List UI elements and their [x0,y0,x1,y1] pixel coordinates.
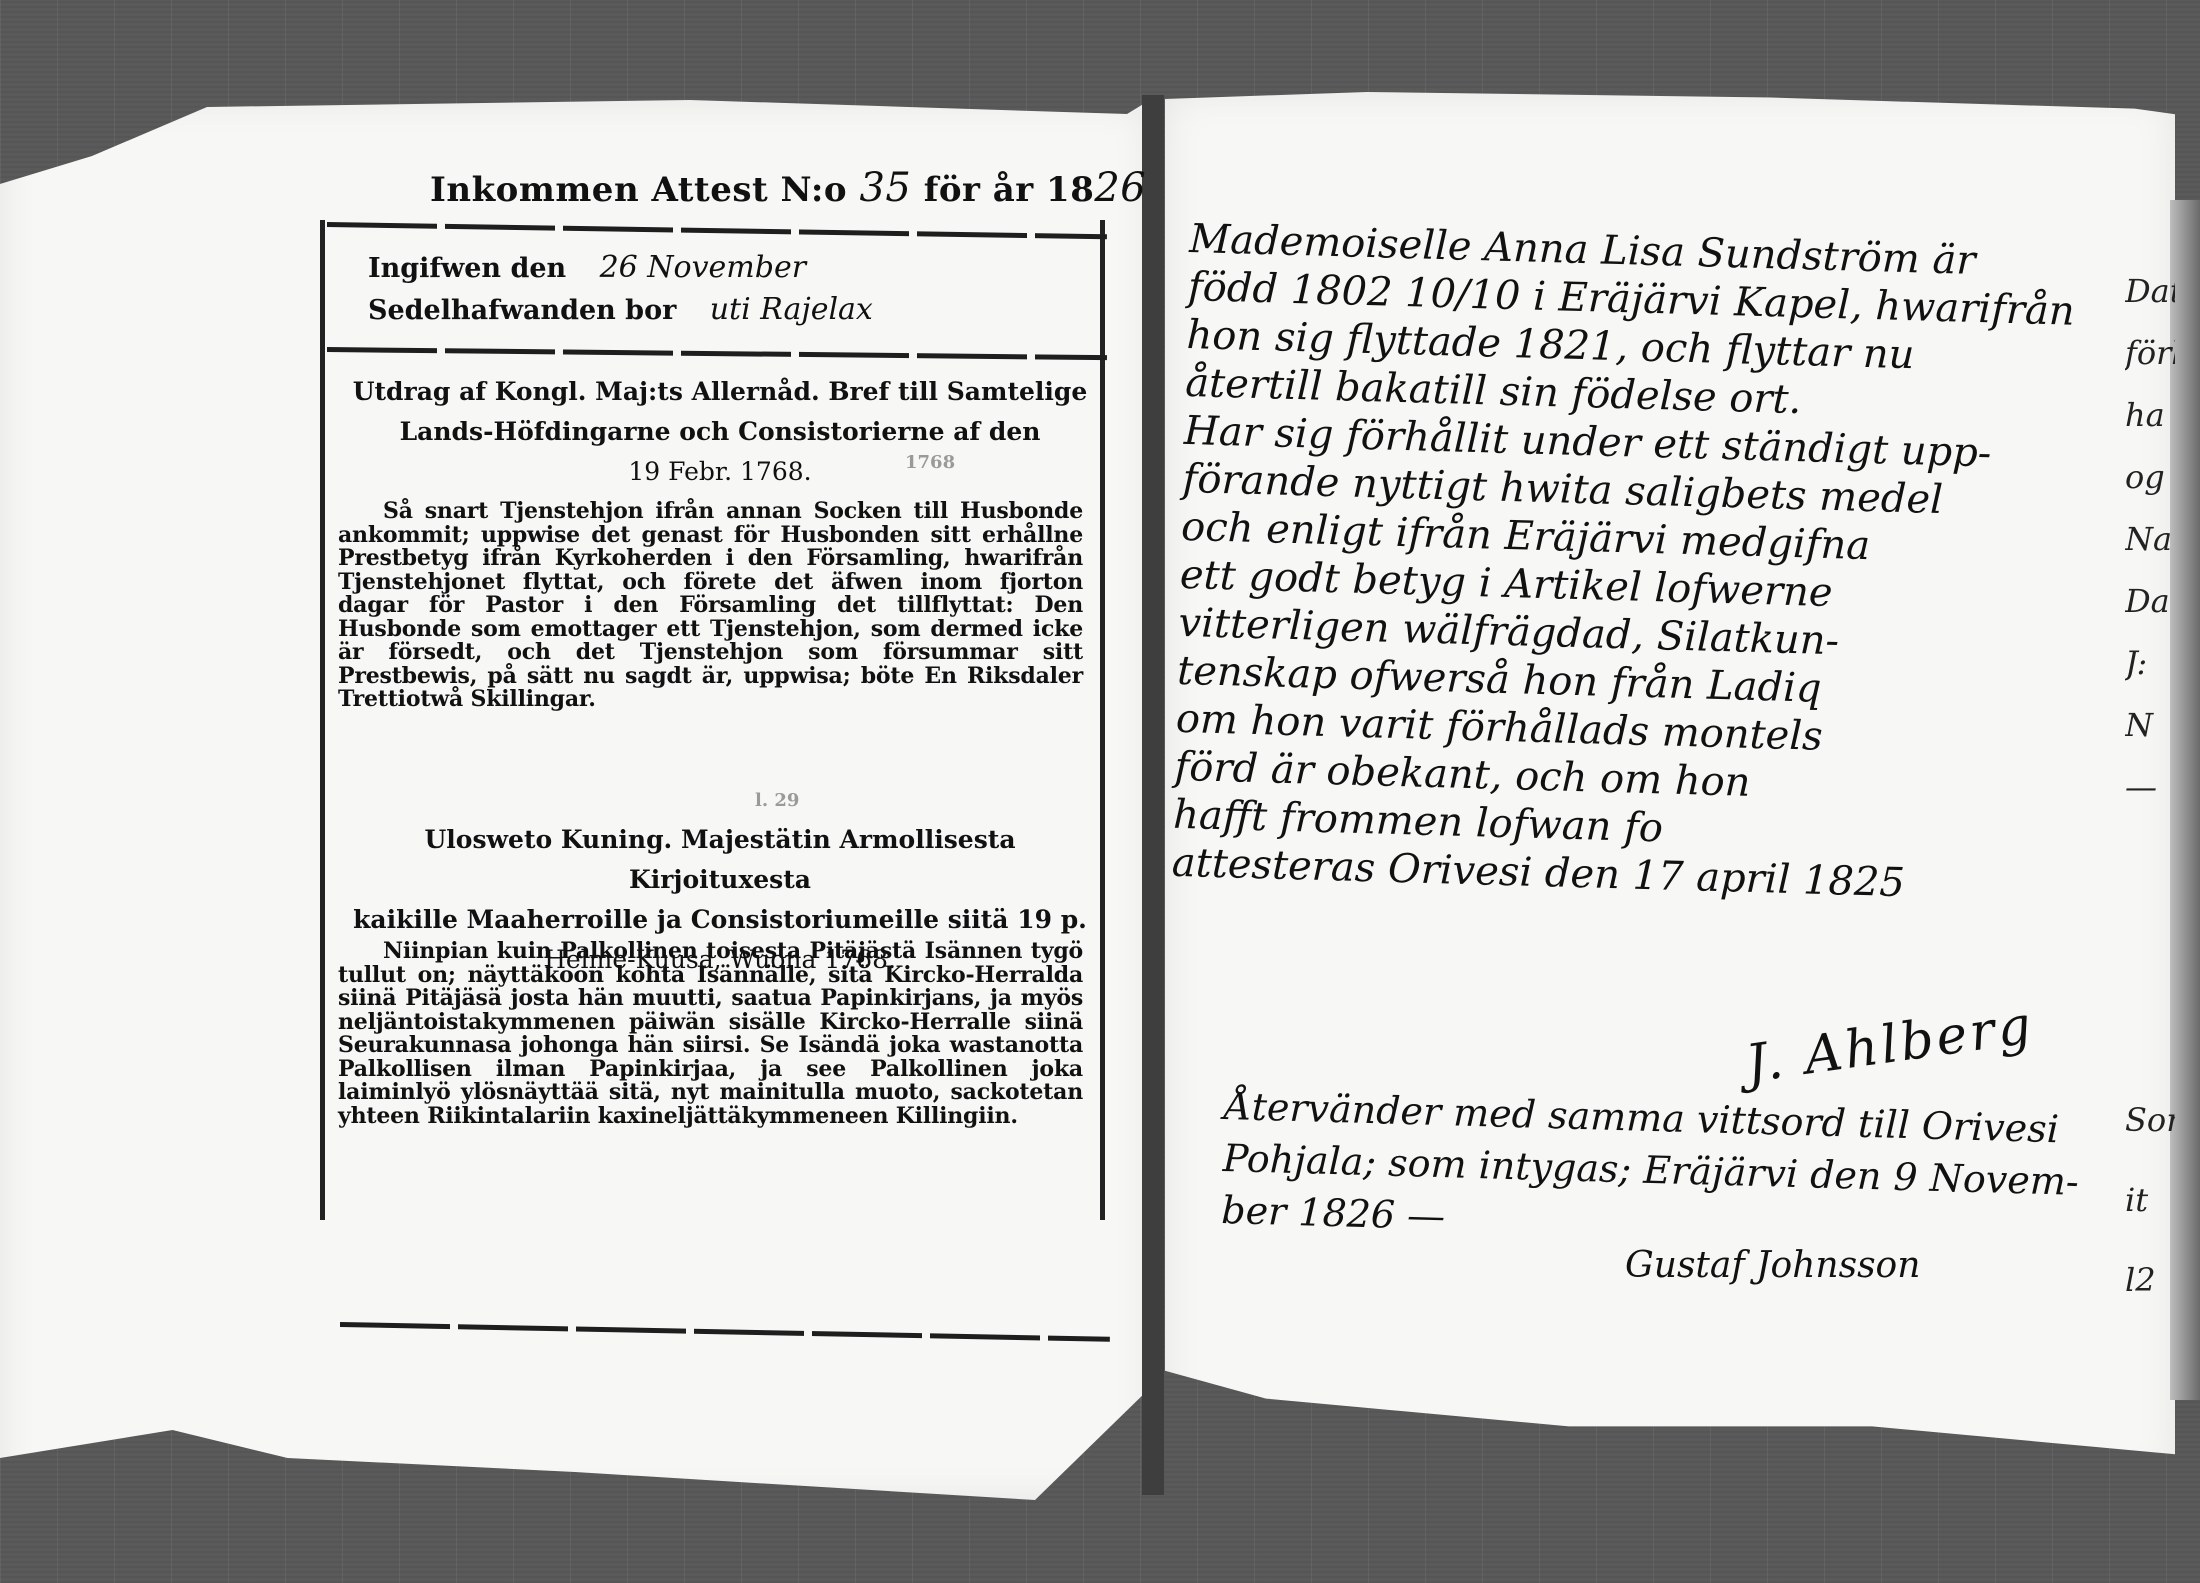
margin-note: l2 [2125,1240,2175,1320]
margin-note: Da [2125,570,2175,632]
certificate-year-suffix: 26 [1094,165,1146,211]
margin-note: Som [2125,1080,2175,1160]
heading-line: Utdrag af Kongl. Maj:ts Allernåd. Bref t… [330,372,1110,412]
heading-date: 19 Febr. 1768. [330,452,1110,492]
swedish-decree-body: Så snart Tjenstehjon ifrån annan Socken … [338,500,1083,712]
margin-note: Na [2125,508,2175,570]
margin-note: it [2125,1160,2175,1240]
heading-line: Ulosweto Kuning. Majestätin Armollisesta… [330,820,1110,900]
margin-note: J: N [2125,632,2175,756]
form-title: Inkommen Attest N:o 35 för år 1826 [430,165,1146,211]
field-received-date: Ingifwen den 26 November [368,250,806,285]
faint-bleedthrough-mark: 1768 [905,452,955,473]
swedish-decree-heading: Utdrag af Kongl. Maj:ts Allernåd. Bref t… [330,372,1110,492]
margin-note: förk [2125,322,2175,384]
margin-note: Dato [2125,260,2175,322]
heading-line: Lands-Höfdingarne och Consistorierne af … [330,412,1110,452]
field-value: 26 November [600,250,806,285]
return-signature: Gustaf Johnsson [1625,1245,1920,1286]
margin-notes: Dato förk ha og Na Da J: N — [2125,260,2175,818]
form-title-prefix: Inkommen Attest N:o [430,170,847,210]
handwritten-certificate-text: Mademoiselle Anna Lisa Sundström är född… [1171,215,2129,913]
field-value: uti Rajelax [710,292,873,327]
faint-bleedthrough-mark: l. 29 [755,790,799,811]
margin-note: ha [2125,384,2175,446]
margin-note: — [2125,756,2175,818]
field-label: Sedelhafwanden bor [368,295,676,326]
return-note: Återvänder med samma vittsord till Orive… [1221,1080,2165,1262]
field-residence: Sedelhafwanden bor uti Rajelax [368,292,873,327]
margin-note: og [2125,446,2175,508]
finnish-decree-body: Niinpian kuin Palkollinen toisesta Pitäj… [338,940,1083,1128]
form-title-year-prefix: för år 18 [924,170,1095,210]
heading-line: kaikille Maaherroille ja Consistoriumeil… [330,900,1110,940]
margin-notes-lower: Som it l2 [2125,1080,2175,1320]
field-label: Ingifwen den [368,253,566,284]
certificate-number: 35 [859,165,911,211]
book-binding-gutter [1142,95,1164,1495]
